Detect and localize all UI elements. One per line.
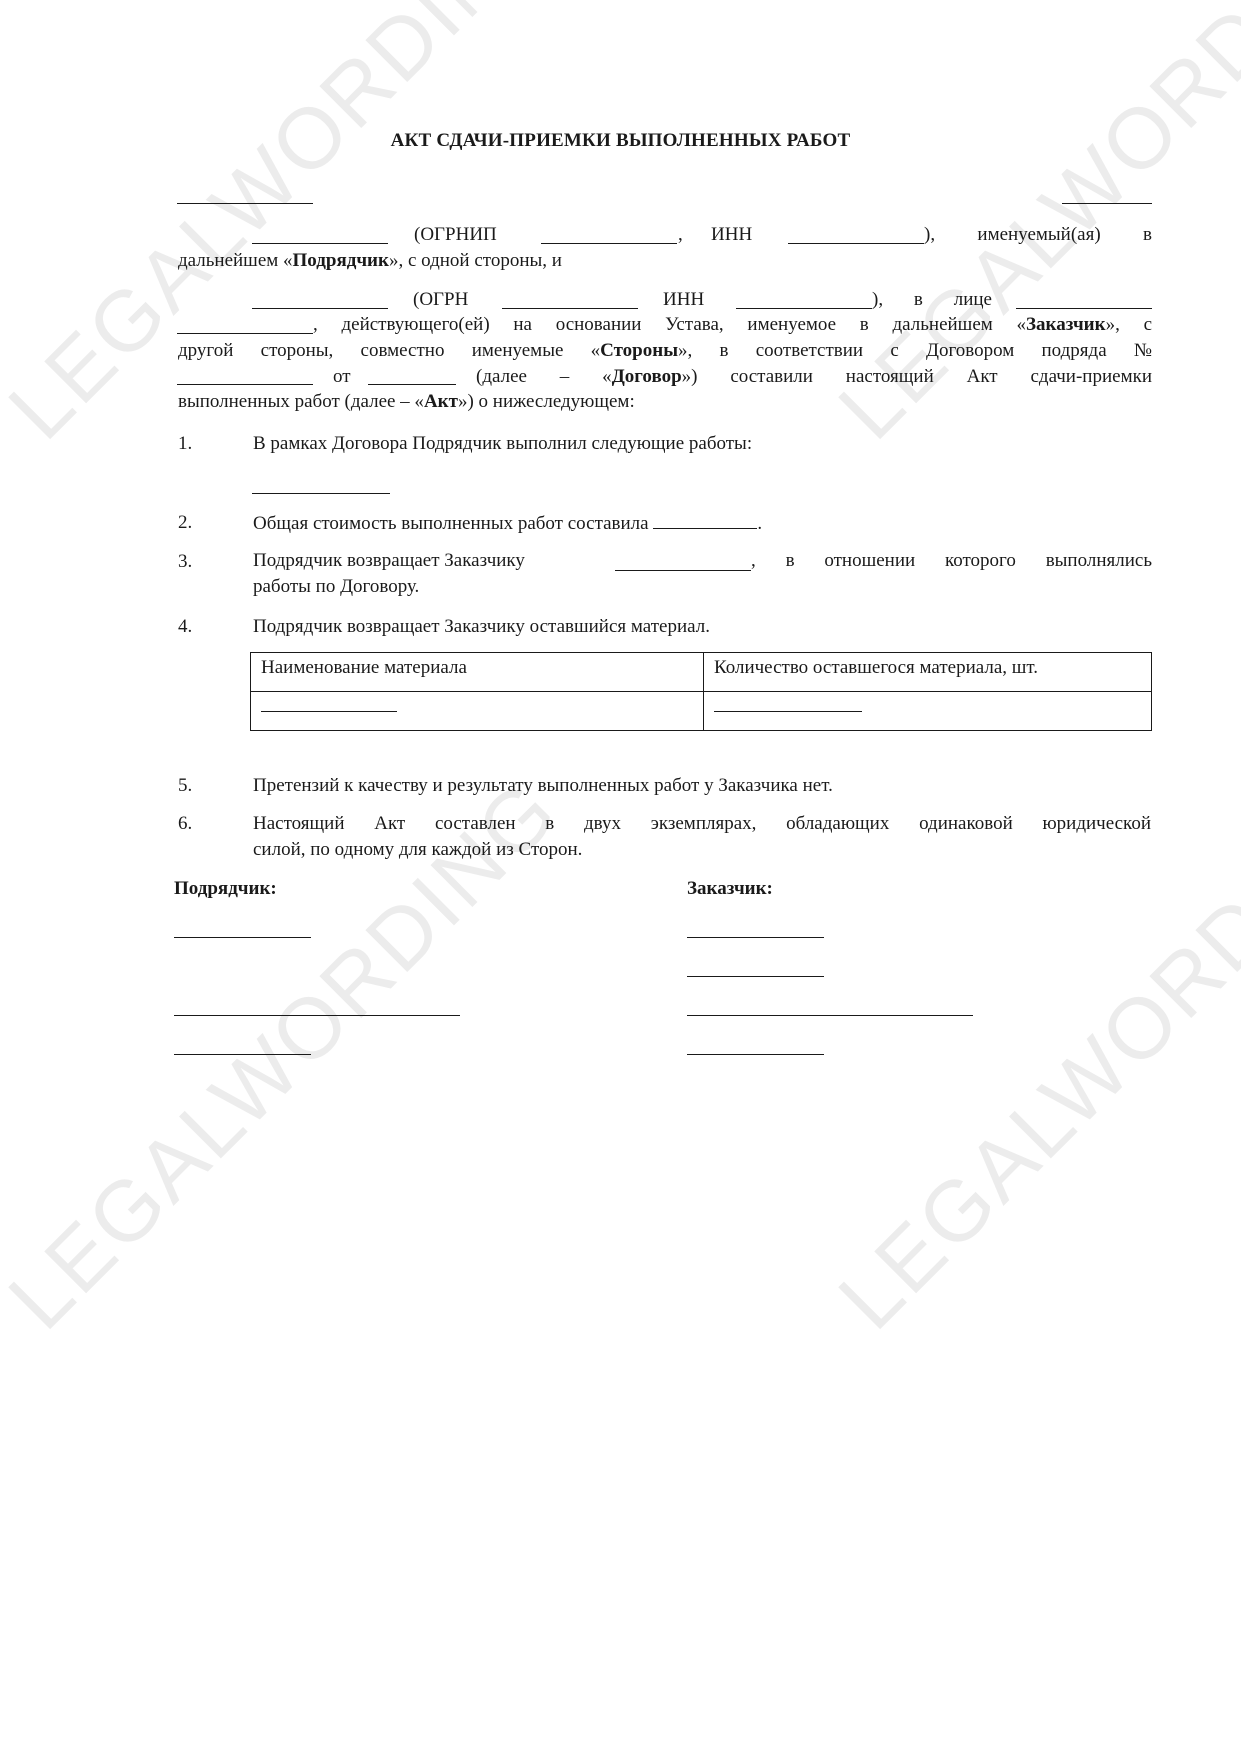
contractor-signature-label: Подрядчик: [174, 878, 277, 900]
text: дальнейшем « [178, 250, 293, 271]
customer-inn-blank[interactable] [736, 308, 872, 309]
table-row [251, 692, 1152, 731]
item-text: Общая стоимость выполненных работ состав… [253, 510, 762, 536]
text: », в соответствии с Договором подряда № [678, 340, 1152, 361]
item-text: Подрядчик возвращает Заказчику оставшийс… [253, 614, 1151, 639]
text: », с [1106, 314, 1152, 335]
customer-name-blank[interactable] [252, 308, 388, 309]
face-text: ), в лице [872, 288, 992, 312]
place-blank[interactable] [177, 203, 313, 204]
item-number: 1. [178, 431, 192, 456]
customer-line3: другой стороны, совместно именуемые «Сто… [178, 339, 1152, 363]
text: ») о нижеследующем: [458, 391, 635, 412]
customer-name-line[interactable] [687, 937, 824, 938]
contractor-inn-blank[interactable] [788, 243, 924, 244]
text: (далее – « [476, 366, 612, 387]
contractor-line2: дальнейшем «Подрядчик», с одной стороны,… [178, 249, 562, 273]
item-text: , в отношении которого выполнялись [751, 549, 1152, 573]
customer-line5: выполненных работ (далее – «Акт») о ниже… [178, 390, 635, 414]
act-term: Акт [424, 391, 458, 412]
comma: , [678, 223, 683, 247]
text: Общая стоимость выполненных работ состав… [253, 513, 649, 534]
contractor-name-line[interactable] [174, 937, 311, 938]
item-number: 4. [178, 614, 192, 639]
customer-line2: , действующего(ей) на основании Устава, … [313, 313, 1152, 337]
customer-signature-label: Заказчик: [687, 878, 773, 900]
contract-date-blank[interactable] [368, 384, 456, 385]
works-blank[interactable] [252, 493, 390, 494]
item-text: работы по Договору. [253, 575, 419, 599]
material-name-cell[interactable] [251, 692, 704, 731]
ogrnip-label: (ОГРНИП [414, 223, 497, 247]
inn-label: ИНН [711, 223, 752, 247]
text: . [757, 513, 762, 534]
representative-blank-cont[interactable] [177, 333, 313, 334]
item-number: 6. [178, 811, 192, 836]
material-name-blank[interactable] [261, 693, 397, 712]
customer-signature-line[interactable] [687, 1054, 824, 1055]
representative-blank[interactable] [1016, 308, 1152, 309]
item-text: Подрядчик возвращает Заказчику [253, 549, 525, 573]
item-number: 2. [178, 510, 192, 535]
text: , действующего(ей) на основании Устава, … [313, 314, 1026, 335]
contract-number-blank[interactable] [177, 384, 313, 385]
item-text: Претензий к качеству и результату выполн… [253, 773, 1151, 798]
text: ») составили настоящий Акт сдачи-приемки [682, 366, 1152, 387]
item-number: 5. [178, 773, 192, 798]
table-header-row: Наименование материала Количество оставш… [251, 653, 1152, 692]
customer-line4: (далее – «Договор») составили настоящий … [476, 365, 1152, 389]
contractor-name-blank[interactable] [252, 243, 388, 244]
material-quantity-blank[interactable] [714, 693, 862, 712]
customer-representative-line[interactable] [687, 1015, 973, 1016]
customer-position-line[interactable] [687, 976, 824, 977]
ogrnip-blank[interactable] [541, 243, 677, 244]
contractor-position-line[interactable] [174, 1015, 460, 1016]
text: выполненных работ (далее – « [178, 391, 424, 412]
ogrn-blank[interactable] [502, 308, 638, 309]
ogrn-label: (ОГРН [413, 288, 468, 312]
document-page: АКТ СДАЧИ-ПРИЕМКИ ВЫПОЛНЕННЫХ РАБОТ (ОГР… [0, 0, 1241, 1754]
table-header-cell: Количество оставшегося материала, шт. [704, 653, 1152, 692]
inn-label: ИНН [663, 288, 704, 312]
returned-object-blank[interactable] [615, 570, 751, 571]
item-number: 3. [178, 549, 192, 574]
text: другой стороны, совместно именуемые « [178, 340, 600, 361]
item-text: В рамках Договора Подрядчик выполнил сле… [253, 431, 1151, 456]
from-label: от [333, 365, 351, 389]
contractor-signature-line[interactable] [174, 1054, 311, 1055]
item-text: Настоящий Акт составлен в двух экземпляр… [253, 811, 1151, 836]
parties-term: Стороны [600, 340, 678, 361]
materials-table: Наименование материала Количество оставш… [250, 652, 1152, 731]
named-text: ), именуемый(ая) в [924, 223, 1152, 247]
contract-term: Договор [612, 366, 682, 387]
customer-term: Заказчик [1026, 314, 1106, 335]
material-quantity-cell[interactable] [704, 692, 1152, 731]
item-text: силой, по одному для каждой из Сторон. [253, 837, 1151, 862]
document-title: АКТ СДАЧИ-ПРИЕМКИ ВЫПОЛНЕННЫХ РАБОТ [0, 130, 1241, 152]
table-header-cell: Наименование материала [251, 653, 704, 692]
date-blank[interactable] [1062, 203, 1152, 204]
contractor-term: Подрядчик [293, 250, 389, 271]
total-cost-blank[interactable] [653, 510, 757, 529]
text: », с одной стороны, и [389, 250, 562, 271]
